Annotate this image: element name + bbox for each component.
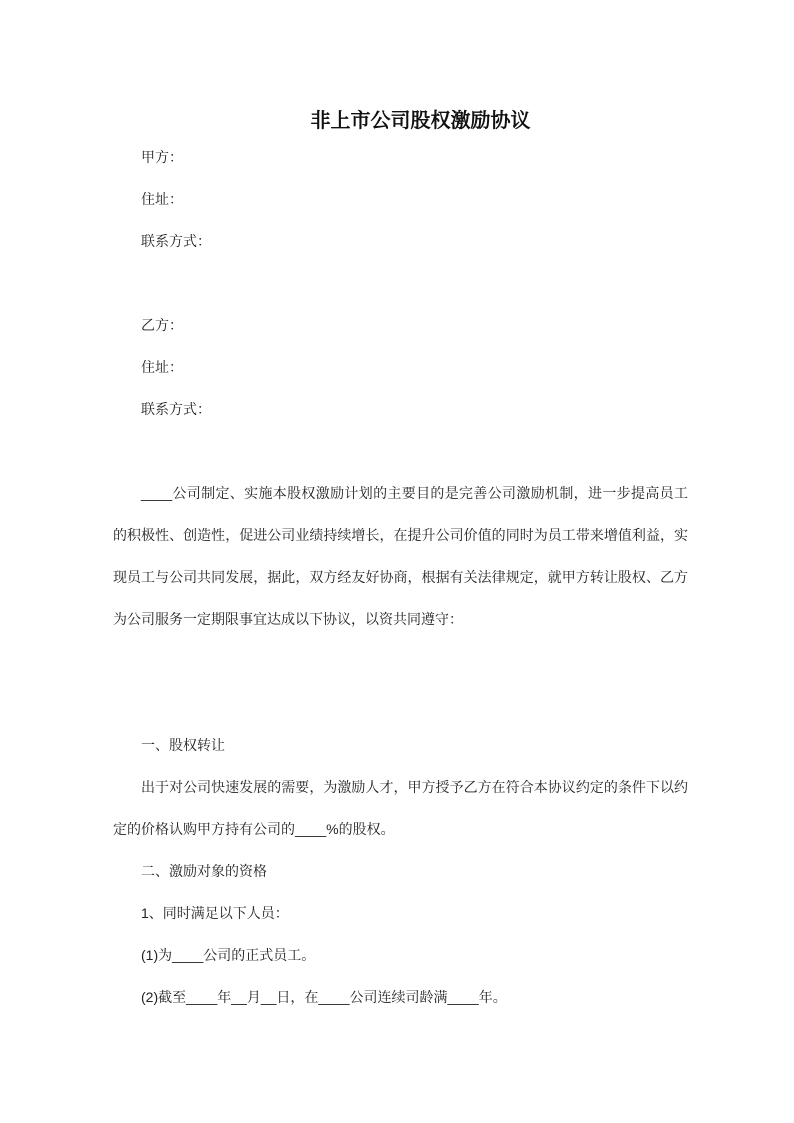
- party-b-contact-label: 联系方式：: [113, 388, 688, 430]
- spacer: [113, 430, 688, 472]
- party-b-address-label: 住址：: [113, 346, 688, 388]
- spacer: [113, 640, 688, 724]
- section-2: 二、激励对象的资格 1、同时满足以下人员： (1)为____公司的正式员工。 (…: [113, 850, 688, 1018]
- section-1-paragraph: 出于对公司快速发展的需要，为激励人才，甲方授予乙方在符合本协议约定的条件下以约定…: [113, 766, 688, 850]
- party-a-block: 甲方： 住址： 联系方式：: [113, 136, 688, 262]
- party-a-name-label: 甲方：: [113, 136, 688, 178]
- section-1: 一、股权转让 出于对公司快速发展的需要，为激励人才，甲方授予乙方在符合本协议约定…: [113, 724, 688, 850]
- section-2-heading: 二、激励对象的资格: [113, 850, 688, 892]
- party-b-block: 乙方： 住址： 联系方式：: [113, 304, 688, 430]
- section-2-item-1: (1)为____公司的正式员工。: [113, 934, 688, 976]
- document-content: 非上市公司股权激励协议 甲方： 住址： 联系方式： 乙方： 住址： 联系方式： …: [0, 0, 794, 1018]
- party-a-address-label: 住址：: [113, 178, 688, 220]
- preamble-paragraph: ____公司制定、实施本股权激励计划的主要目的是完善公司激励机制，进一步提高员工…: [113, 472, 688, 640]
- page-title: 非上市公司股权激励协议: [113, 107, 688, 135]
- section-1-heading: 一、股权转让: [113, 724, 688, 766]
- party-a-contact-label: 联系方式：: [113, 220, 688, 262]
- spacer: [113, 262, 688, 304]
- section-2-item-2: (2)截至____年__月__日，在____公司连续司龄满____年。: [113, 976, 688, 1018]
- section-2-clause-1: 1、同时满足以下人员：: [113, 892, 688, 934]
- party-b-name-label: 乙方：: [113, 304, 688, 346]
- document-page: 非上市公司股权激励协议 甲方： 住址： 联系方式： 乙方： 住址： 联系方式： …: [0, 0, 794, 1123]
